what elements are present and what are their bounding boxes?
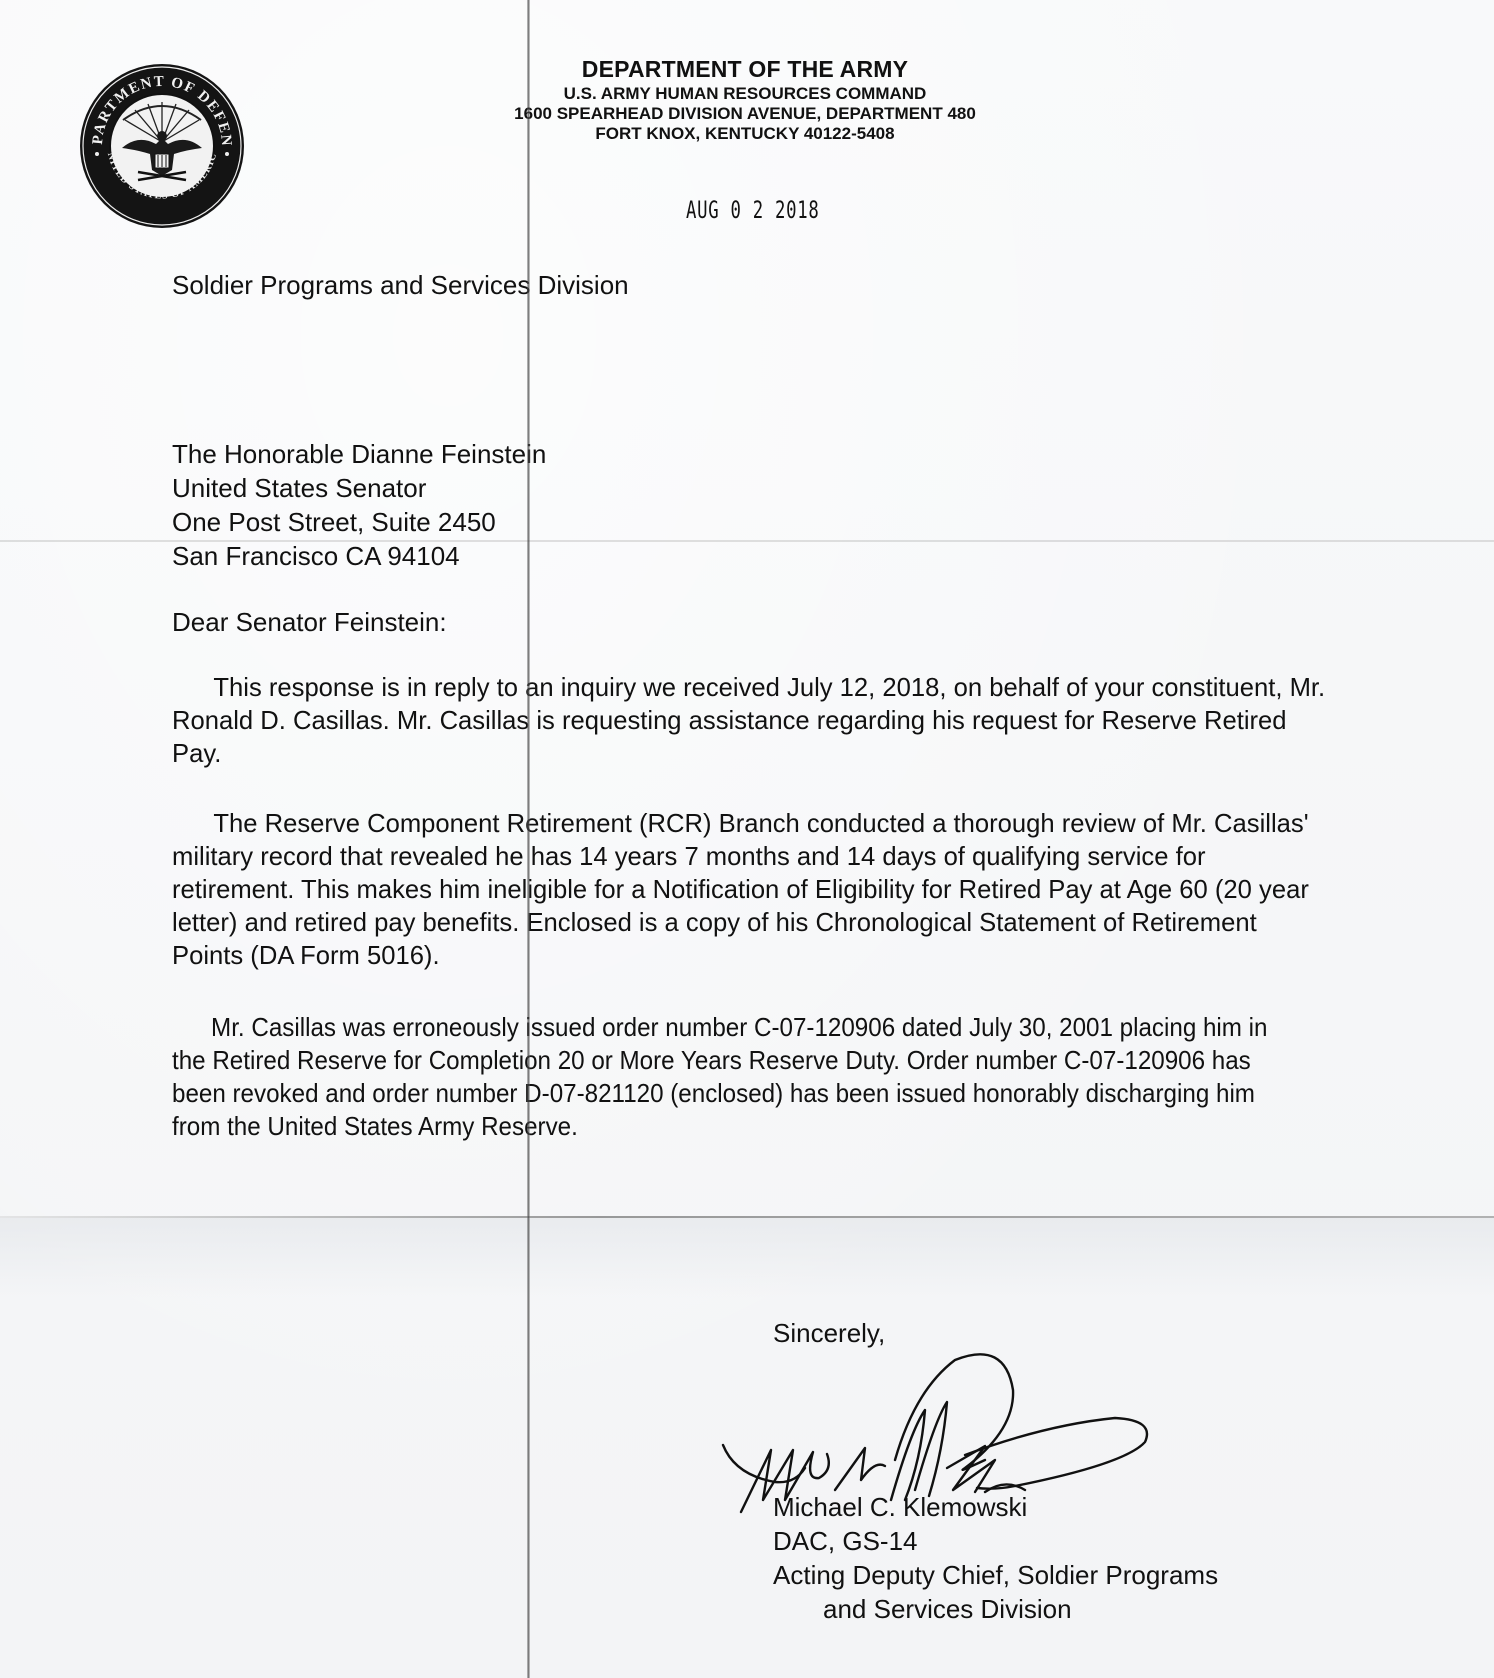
- signer-title: Acting Deputy Chief, Soldier Programs: [773, 1558, 1218, 1592]
- body-paragraph: This response is in reply to an inquiry …: [172, 671, 1334, 770]
- signature-block: Michael C. Klemowski DAC, GS-14 Acting D…: [773, 1490, 1218, 1626]
- letterhead: DEPARTMENT OF THE ARMY U.S. ARMY HUMAN R…: [440, 58, 1050, 145]
- body-paragraph: Mr. Casillas was erroneously issued orde…: [172, 1011, 1269, 1143]
- letterhead-city: FORT KNOX, KENTUCKY 40122-5408: [440, 125, 1050, 142]
- signer-title-continued: and Services Division: [773, 1592, 1218, 1626]
- recipient-city: San Francisco CA 94104: [172, 539, 546, 573]
- signer-name: Michael C. Klemowski: [773, 1490, 1218, 1524]
- closing: Sincerely,: [773, 1318, 885, 1349]
- department-of-defense-seal-icon: DEPARTMENT OF DEFENSE UNITED STATES OF A…: [78, 62, 246, 230]
- recipient-address: The Honorable Dianne Feinstein United St…: [172, 437, 546, 573]
- paragraph-text: Mr. Casillas was erroneously issued orde…: [172, 1012, 1267, 1141]
- recipient-street: One Post Street, Suite 2450: [172, 505, 546, 539]
- paragraph-text: This response is in reply to an inquiry …: [172, 672, 1325, 768]
- paper-fold-line-vertical: [527, 0, 530, 1678]
- letterhead-command: U.S. ARMY HUMAN RESOURCES COMMAND: [440, 85, 1050, 102]
- salutation: Dear Senator Feinstein:: [172, 607, 447, 638]
- paragraph-text: The Reserve Component Retirement (RCR) B…: [172, 808, 1309, 970]
- division-name: Soldier Programs and Services Division: [172, 270, 629, 301]
- letterhead-department: DEPARTMENT OF THE ARMY: [440, 58, 1050, 81]
- letterhead-street: 1600 SPEARHEAD DIVISION AVENUE, DEPARTME…: [440, 105, 1050, 122]
- body-paragraph: The Reserve Component Retirement (RCR) B…: [172, 807, 1334, 972]
- date-stamp: AUG 0 2 2018: [686, 196, 819, 224]
- recipient-name: The Honorable Dianne Feinstein: [172, 437, 546, 471]
- paper-shading: [0, 1218, 1494, 1298]
- paper-fold-line-horizontal: [0, 1216, 1494, 1218]
- signer-grade: DAC, GS-14: [773, 1524, 1218, 1558]
- recipient-title: United States Senator: [172, 471, 546, 505]
